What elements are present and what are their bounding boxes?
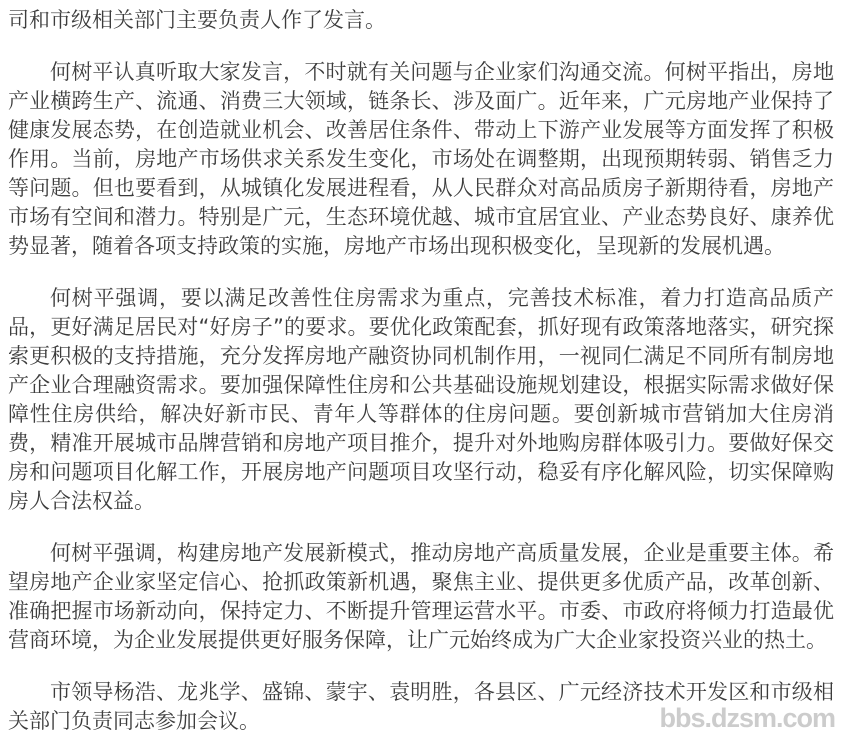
site-watermark: bbs.dzsm.com bbox=[659, 703, 835, 734]
paragraph: 何树平强调，要以满足改善性住房需求为重点，完善技术标准，着力打造高品质产品，更好… bbox=[8, 284, 834, 516]
paragraph-continuation: 司和市级相关部门主要负责人作了发言。 bbox=[8, 6, 834, 35]
article-body: 司和市级相关部门主要负责人作了发言。 何树平认真听取大家发言，不时就有关问题与企… bbox=[0, 0, 842, 736]
paragraph: 何树平强调，构建房地产发展新模式，推动房地产高质量发展，企业是重要主体。希望房地… bbox=[8, 539, 834, 655]
paragraph: 何树平认真听取大家发言，不时就有关问题与企业家们沟通交流。何树平指出，房地产业横… bbox=[8, 58, 834, 261]
